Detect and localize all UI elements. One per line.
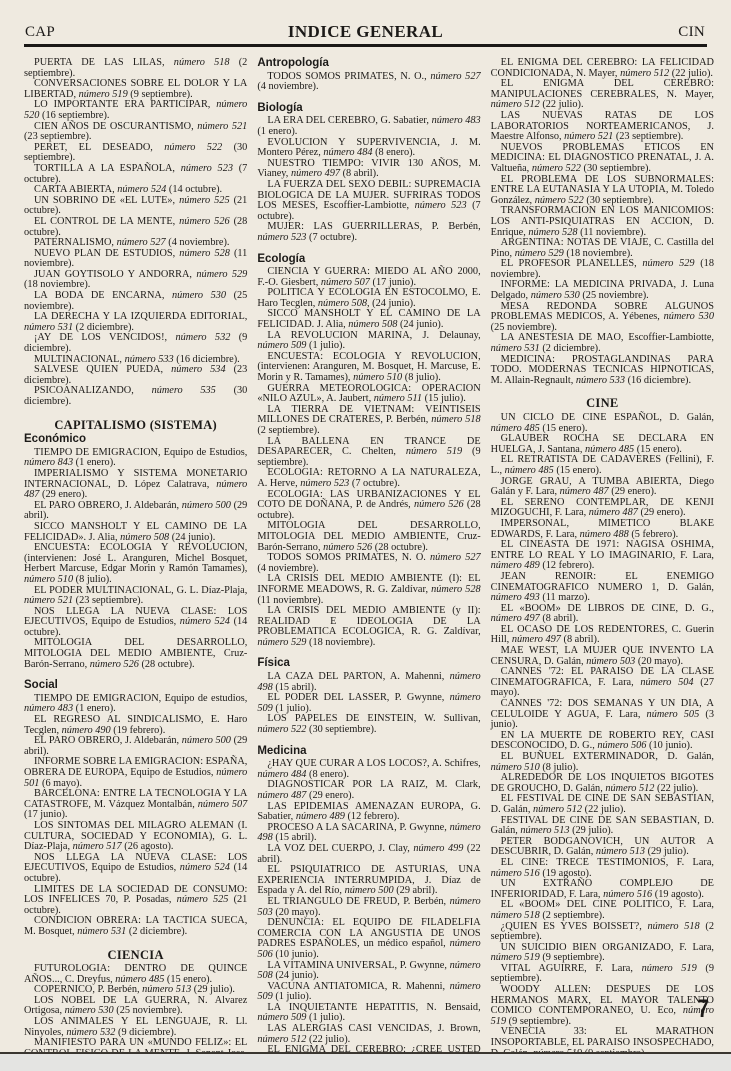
entry-title: INFORME SOBRE LA EMIGRACION: ESPAÑA, OBR… xyxy=(24,756,247,778)
issue-number: número 512 xyxy=(620,68,669,79)
entry-title: CARTA ABIERTA, xyxy=(34,184,117,195)
header-rule xyxy=(24,44,707,47)
issue-date: (1 julio). xyxy=(306,1012,345,1023)
issue-number: número 499 xyxy=(413,843,463,854)
issue-number: número 530 xyxy=(172,290,226,301)
index-entry: CANNES '72: EL PARAISO DE LA CLASE CINEM… xyxy=(491,667,714,699)
subsection-heading: Antropología xyxy=(257,58,480,69)
entry-title: TORTILLA A LA ESPAÑOLA, xyxy=(34,163,181,174)
entry-title: UN CICLO DE CINE ESPAÑOL, D. Galán, xyxy=(501,412,714,423)
issue-date: (30 septiembre). xyxy=(584,195,654,206)
entry-title: EL PROFESOR PLANELLES, xyxy=(501,258,643,269)
issue-date: (2 diciembre). xyxy=(73,322,134,333)
entry-title: CIEN AÑOS DE OSCURANTISMO, xyxy=(34,121,197,132)
index-entry: EL REGRESO AL SINDICALISMO, E. Haro Tecg… xyxy=(24,715,247,736)
issue-date: (1 julio). xyxy=(273,991,312,1002)
issue-number: número 513 xyxy=(596,846,645,857)
entry-title: UN SUICIDIO BIEN ORGANIZADO, F. Lara, xyxy=(501,942,714,953)
issue-number: número 531 xyxy=(77,926,126,937)
entry-title: LOS PAPELES DE EINSTEIN, W. Sullivan, xyxy=(267,713,480,724)
entry-title: EL TRIANGULO DE FREUD, P. Berbén, xyxy=(267,896,449,907)
issue-date: (29 enero). xyxy=(39,489,87,500)
issue-number: número 533 xyxy=(576,375,625,386)
index-entry: TRANSFORMACION EN LOS MANICOMIOS: LOS AN… xyxy=(491,206,714,238)
issue-number: número 524 xyxy=(180,616,230,627)
issue-date: (2 diciembre). xyxy=(540,343,601,354)
index-entry: MESA REDONDA SOBRE ALGUNOS PROBLEMAS MED… xyxy=(491,302,714,334)
issue-date: (15 julio). xyxy=(422,393,466,404)
issue-date: (10 junio). xyxy=(646,740,692,751)
entry-title: EL PARO OBRERO, J. Aldebarán, xyxy=(34,735,182,746)
issue-number: número 523 xyxy=(415,200,467,211)
issue-date: (1 julio). xyxy=(306,340,345,351)
issue-number: número 519 xyxy=(406,446,462,457)
issue-date: (1 enero). xyxy=(257,126,297,137)
issue-number: número 512 xyxy=(491,99,540,110)
issue-number: número 508 xyxy=(348,319,397,330)
issue-number: número 484 xyxy=(257,769,306,780)
issue-number: número 507 xyxy=(198,799,248,810)
issue-date: (1 enero). xyxy=(73,703,116,714)
issue-number: número 489 xyxy=(296,811,345,822)
issue-date: (19 agosto). xyxy=(652,889,704,900)
issue-date: (16 diciembre). xyxy=(625,375,691,386)
entry-title: PSICOANALIZANDO, xyxy=(34,385,152,396)
index-entry: UN CICLO DE CINE ESPAÑOL, D. Galán, núme… xyxy=(491,413,714,434)
issue-date: (25 noviembre). xyxy=(491,322,557,333)
issue-date: (16 septiembre). xyxy=(39,110,109,121)
issue-number: número 526 xyxy=(179,216,229,227)
issue-number: número 529 xyxy=(642,258,694,269)
issue-number: número 530 xyxy=(65,1005,114,1016)
index-entry: EL PARO OBRERO, J. Aldebarán, número 500… xyxy=(24,736,247,757)
issue-number: número 525 xyxy=(177,894,229,905)
index-entry: LA ANESTESIA DE MAO, Escoffier-Lambiotte… xyxy=(491,333,714,354)
issue-date: (8 enero). xyxy=(373,147,416,158)
issue-number: número 519 xyxy=(79,89,128,100)
index-entry: IMPERIALISMO Y SISTEMA MONETARIO INTERNA… xyxy=(24,469,247,501)
entry-title: NUEVO PLAN DE ESTUDIOS, xyxy=(34,248,179,259)
issue-number: número 527 xyxy=(430,552,481,563)
entry-title: ¿QUIEN ES YVES BOISSET?, xyxy=(501,921,648,932)
issue-number: número 516 xyxy=(603,889,652,900)
issue-number: número 518 xyxy=(491,910,540,921)
issue-number: número 505 xyxy=(647,709,700,720)
issue-date: (7 octubre). xyxy=(306,232,357,243)
issue-number: número 503 xyxy=(586,656,635,667)
issue-date: (22 julio). xyxy=(540,99,584,110)
issue-date: , (24 junio). xyxy=(367,298,416,309)
issue-date: (9 diciembre). xyxy=(115,1027,176,1038)
issue-date: (15 enero). xyxy=(554,465,602,476)
index-entry: CIEN AÑOS DE OSCURANTISMO, número 521 (2… xyxy=(24,122,247,143)
entry-title: EL CINEASTA DE 1971: NAGISA OSHIMA, ENTR… xyxy=(491,539,714,561)
index-entry: PETER BODGANOVICH, UN AUTOR A DESCUBRIR,… xyxy=(491,837,714,858)
issue-number: número 512 xyxy=(533,804,582,815)
issue-date: (17 junio). xyxy=(370,277,416,288)
index-entry: IMPERSONAL, MIMETICO BLAKE EDWARDS, F. L… xyxy=(491,519,714,540)
page-title: INDICE GENERAL xyxy=(24,22,707,42)
index-entry: JORGE GRAU, A TUMBA ABIERTA, Diego Galán… xyxy=(491,477,714,498)
index-entry: ALREDEDOR DE LOS INQUIETOS BIGOTES DE GR… xyxy=(491,773,714,794)
section-heading: CIENCIA xyxy=(24,950,247,961)
issue-number: número 521 xyxy=(197,121,247,132)
index-entry: ARGENTINA: NOTAS DE VIAJE, C. Castilla d… xyxy=(491,238,714,259)
issue-number: número 507 xyxy=(321,277,370,288)
index-entry: LOS SINTOMAS DEL MILAGRO ALEMAN (I. CULT… xyxy=(24,821,247,853)
subsection-heading: Física xyxy=(257,658,480,669)
entry-title: UN SOBRINO DE «EL LUTE», xyxy=(34,195,179,206)
entry-title: LA ANESTESIA DE MAO, Escoffier-Lambiotte… xyxy=(501,332,714,343)
issue-number: número 511 xyxy=(374,393,422,404)
issue-date: (30 septiembre). xyxy=(581,163,651,174)
issue-date: (16 diciembre). xyxy=(174,354,240,365)
index-entry: PERET, EL DESEADO, número 522 (30 septie… xyxy=(24,143,247,164)
index-entry: ECOLOGIA: RETORNO A LA NATURALEZA, A. He… xyxy=(257,468,480,489)
index-entry: CONVERSACIONES SOBRE EL DOLOR Y LA LIBER… xyxy=(24,79,247,100)
issue-date: (2 septiembre). xyxy=(540,910,605,921)
index-entry: EL CINE: TRECE TESTIMONIOS, F. Lara, núm… xyxy=(491,858,714,879)
entry-title: SALVESE QUIEN PUEDA, xyxy=(34,364,171,375)
issue-number: número 512 xyxy=(257,1034,306,1045)
index-entry: TORTILLA A LA ESPAÑOLA, número 523 (7 oc… xyxy=(24,164,247,185)
entry-title: DENUNCIA: EL EQUIPO DE FILADELFIA COMERC… xyxy=(257,917,480,949)
index-entry: EL «BOOM» DEL CINE POLITICO, F. Lara, nú… xyxy=(491,900,714,921)
issue-number: número 508 xyxy=(318,298,367,309)
issue-number: número 509 xyxy=(257,340,306,351)
index-entry: LA TIERRA DE VIETNAM: VEINTISEIS MILLONE… xyxy=(257,405,480,437)
issue-number: número 522 xyxy=(164,142,222,153)
header-right-guide-word: CIN xyxy=(678,24,705,41)
index-entry: MAE WEST, LA MUJER QUE INVENTO LA CENSUR… xyxy=(491,646,714,667)
issue-number: número 529 xyxy=(515,248,564,259)
issue-date: (22 julio). xyxy=(582,804,626,815)
page-number: 7 xyxy=(698,995,709,1024)
index-entry: LA REVOLUCION MARINA, J. Delaunay, númer… xyxy=(257,331,480,352)
index-entry: MEDICINA: PROSTAGLANDINAS PARA TODO. MOD… xyxy=(491,355,714,387)
index-entry: WOODY ALLEN: DESPUES DE LOS HERMANOS MAR… xyxy=(491,985,714,1027)
issue-number: número 518 xyxy=(174,57,230,68)
issue-number: número 530 xyxy=(664,311,714,322)
issue-number: número 500 xyxy=(345,885,394,896)
entry-title: LA REVOLUCION MARINA, J. Delaunay, xyxy=(267,330,480,341)
issue-number: número 488 xyxy=(580,529,629,540)
issue-date: (7 octubre). xyxy=(349,478,400,489)
issue-number: número 535 xyxy=(152,385,216,396)
index-entry: VACUNA ANTIATOMICA, R. Mahenni, número 5… xyxy=(257,982,480,1003)
column-1: PUERTA DE LAS LILAS, número 518 (2 septi… xyxy=(24,58,247,1071)
index-entry: TODOS SOMOS PRIMATES, N. O., número 527 … xyxy=(257,72,480,93)
entry-title: LA VOZ DEL CUERPO, J. Clay, xyxy=(267,843,413,854)
entry-title: LA CAZA DEL PARTON, A. Mahenni, xyxy=(267,671,449,682)
index-entry: TIEMPO DE EMIGRACION, Equipo de estudios… xyxy=(24,694,247,715)
entry-title: TODOS SOMOS PRIMATES, N. O., xyxy=(267,71,430,82)
index-entry: LA BALLENA EN TRANCE DE DESAPARECER, C. … xyxy=(257,437,480,469)
subsection-heading: Ecología xyxy=(257,254,480,265)
issue-number: número 510 xyxy=(24,574,73,585)
index-entry: ¡AY DE LOS VENCIDOS!, número 532 (9 dici… xyxy=(24,333,247,354)
issue-date: (25 noviembre). xyxy=(114,1005,183,1016)
issue-date: (8 julio). xyxy=(402,372,441,383)
entry-title: LA BODA DE ENCARNA, xyxy=(34,290,172,301)
index-entry: LA DERECHA Y LA IZQUIERDA EDITORIAL, núm… xyxy=(24,312,247,333)
issue-number: número 529 xyxy=(257,637,306,648)
issue-number: número 528 xyxy=(528,227,577,238)
issue-number: número 523 xyxy=(300,478,349,489)
entry-title: VITAL AGUIRRE, F. Lara, xyxy=(501,963,642,974)
index-entry: EL CINEASTA DE 1971: NAGISA OSHIMA, ENTR… xyxy=(491,540,714,572)
issue-date: (12 febrero). xyxy=(540,560,595,571)
index-entry: LOS ANIMALES Y EL LENGUAJE, R. Ll. Ninyo… xyxy=(24,1017,247,1038)
issue-date: (26 agosto). xyxy=(122,841,174,852)
issue-date: (11 noviembre). xyxy=(257,595,323,606)
index-entry: NUEVO PLAN DE ESTUDIOS, número 528 (11 n… xyxy=(24,249,247,270)
issue-number: número 527 xyxy=(430,71,480,82)
issue-number: número 487 xyxy=(589,507,638,518)
issue-date: (28 octubre). xyxy=(139,659,195,670)
entry-title: DIAGNOSTICAR POR LA RAIZ, M. Clark, xyxy=(267,779,480,790)
index-entry: EL «BOOM» DE LIBROS DE CINE, D. G., núme… xyxy=(491,604,714,625)
entry-title: PROCESO A LA SACARINA, P. Gwynne, xyxy=(267,822,449,833)
issue-date: (6 mayo). xyxy=(39,778,82,789)
issue-number: número 528 xyxy=(431,584,481,595)
entry-title: TIEMPO DE EMIGRACION, Equipo de estudios… xyxy=(34,693,247,704)
issue-date: (4 noviembre). xyxy=(166,237,230,248)
index-entry: EL CONTROL DE LA MENTE, número 526 (28 o… xyxy=(24,217,247,238)
entry-title: LA INQUIETANTE HEPATITIS, N. Bensaid, xyxy=(267,1002,480,1013)
index-entry: LA CAZA DEL PARTON, A. Mahenni, número 4… xyxy=(257,672,480,693)
issue-date: (8 julio). xyxy=(73,574,112,585)
index-entry: EL ENIGMA DEL CEREBRO: LA FELICIDAD COND… xyxy=(491,58,714,79)
index-entry: EN LA MUERTE DE ROBERTO REY, CASI DESCON… xyxy=(491,731,714,752)
issue-number: número 524 xyxy=(117,184,166,195)
index-entry: EL SERENO CONTEMPLAR, DE KENJI MIZOGUCHI… xyxy=(491,498,714,519)
issue-date: (24 junio). xyxy=(273,970,319,981)
index-entry: EL RETRATISTA DE CADAVERES (Fellini), F.… xyxy=(491,455,714,476)
issue-number: número 493 xyxy=(491,592,540,603)
issue-number: número 485 xyxy=(585,444,634,455)
entry-title: IMPERIALISMO Y SISTEMA MONETARIO INTERNA… xyxy=(24,468,247,490)
issue-date: (2 septiembre). xyxy=(257,425,319,436)
issue-date: (2 diciembre). xyxy=(126,926,187,937)
index-entry: MUJER: LAS GUERRILLERAS, P. Berbén, núme… xyxy=(257,222,480,243)
subsection-heading: Social xyxy=(24,680,247,691)
issue-number: número 485 xyxy=(115,974,164,985)
entry-title: WOODY ALLEN: DESPUES DE LOS HERMANOS MAR… xyxy=(491,984,714,1016)
index-entry: EL PSIQUIATRICO DE ASTURIAS, UNA EXPERIE… xyxy=(257,865,480,897)
entry-title: LA CRISIS DEL MEDIO AMBIENTE (y II): REA… xyxy=(257,605,480,637)
index-entry: LA FUERZA DEL SEXO DEBIL: SUPREMACIA BIO… xyxy=(257,180,480,222)
issue-date: (12 febrero). xyxy=(345,811,400,822)
index-entry: ¿QUIEN ES YVES BOISSET?, número 518 (2 s… xyxy=(491,922,714,943)
index-entry: MITOLOGIA DEL DESARROLLO, MITOLOGIA DEL … xyxy=(24,638,247,670)
entry-title: COPERNICO, P. Berbén, xyxy=(34,984,142,995)
index-entry: LOS NOBEL DE LA GUERRA, N. Alvarez Ortig… xyxy=(24,996,247,1017)
issue-date: (1 julio). xyxy=(273,703,312,714)
index-entry: ECOLOGIA: LAS URBANIZACIONES Y EL COTO D… xyxy=(257,490,480,522)
issue-date: (15 enero). xyxy=(634,444,682,455)
issue-number: número 527 xyxy=(117,237,166,248)
issue-date: (20 mayo). xyxy=(635,656,683,667)
issue-number: número 525 xyxy=(179,195,230,206)
index-entry: LA CRISIS DEL MEDIO AMBIENTE (I): EL INF… xyxy=(257,574,480,606)
entry-title: EL BUÑUEL EXTERMINADOR, D. Galán, xyxy=(501,751,714,762)
issue-date: (15 enero). xyxy=(164,974,212,985)
index-entry: ENCUESTA: ECOLOGIA Y REVOLUCION, (interv… xyxy=(24,543,247,585)
issue-date: (1 enero). xyxy=(73,457,116,468)
index-entry: TODOS SOMOS PRIMATES, N. O. número 527 (… xyxy=(257,553,480,574)
entry-title: EL PARO OBRERO, J. Aldebarán, xyxy=(34,500,182,511)
entry-title: EL «BOOM» DE LIBROS DE CINE, D. G., xyxy=(501,603,714,614)
issue-number: número 490 xyxy=(62,725,111,736)
index-entry: JUAN GOYTISOLO Y ANDORRA, número 529 (18… xyxy=(24,270,247,291)
issue-date: (9 septiembre). xyxy=(506,1016,571,1027)
issue-date: (18 noviembre). xyxy=(24,279,90,290)
issue-number: número 484 xyxy=(323,147,372,158)
page-header: CAP INDICE GENERAL CIN xyxy=(24,22,707,44)
issue-number: número 500 xyxy=(182,735,231,746)
issue-number: número 512 xyxy=(605,783,654,794)
index-entry: LA CRISIS DEL MEDIO AMBIENTE (y II): REA… xyxy=(257,606,480,648)
entry-title: EL ENIGMA DEL CEREBRO: MANIPULACIONES CE… xyxy=(491,78,714,100)
index-entry: EL PROBLEMA DE LOS SUBNORMALES: ENTRE LA… xyxy=(491,175,714,207)
issue-date: (29 enero). xyxy=(638,507,686,518)
entry-title: EL CONTROL DE LA MENTE, xyxy=(34,216,179,227)
index-entry: LA VITAMINA UNIVERSAL, P. Gwynne, número… xyxy=(257,961,480,982)
index-entry: PSICOANALIZANDO, número 535 (30 diciembr… xyxy=(24,386,247,407)
issue-date: (4 noviembre). xyxy=(257,81,318,92)
index-entry: SALVESE QUIEN PUEDA, número 534 (23 dici… xyxy=(24,365,247,386)
issue-date: (8 abril). xyxy=(540,613,579,624)
issue-number: número 489 xyxy=(491,560,540,571)
index-entry: EL OCASO DE LOS REDENTORES, C. Guerin Hi… xyxy=(491,625,714,646)
issue-number: número 483 xyxy=(24,703,73,714)
entry-title: PATERNALISMO, xyxy=(34,237,117,248)
index-entry: ¿HAY QUE CURAR A LOS LOCOS?, A. Schifres… xyxy=(257,759,480,780)
issue-date: (15 abril). xyxy=(273,682,317,693)
index-entry: UN SUICIDIO BIEN ORGANIZADO, F. Lara, nú… xyxy=(491,943,714,964)
issue-number: número 524 xyxy=(180,862,230,873)
issue-number: número 528 xyxy=(179,248,230,259)
issue-date: (14 octubre). xyxy=(166,184,222,195)
entry-title: MULTINACIONAL, xyxy=(34,354,125,365)
index-entry: DIAGNOSTICAR POR LA RAIZ, M. Clark, núme… xyxy=(257,780,480,801)
column-3: EL ENIGMA DEL CEREBRO: LA FELICIDAD COND… xyxy=(491,58,714,1071)
index-entry: EL ENIGMA DEL CEREBRO: MANIPULACIONES CE… xyxy=(491,79,714,111)
entry-title: JEAN RENOIR: EL ENEMIGO CINEMATOGRAFICO … xyxy=(491,571,714,593)
issue-date: (24 junio). xyxy=(397,319,443,330)
issue-date: (18 noviembre). xyxy=(306,637,375,648)
index-entry: UN SOBRINO DE «EL LUTE», número 525 (21 … xyxy=(24,196,247,217)
issue-date: (10 junio). xyxy=(273,949,319,960)
index-entry: NOS LLEGA LA NUEVA CLASE: LOS EJECUTIVOS… xyxy=(24,607,247,639)
index-entry: EL PROFESOR PLANELLES, número 529 (18 no… xyxy=(491,259,714,280)
issue-date: (8 abril). xyxy=(340,168,379,179)
index-entry: CIENCIA Y GUERRA: MIEDO AL AÑO 2000, F.-… xyxy=(257,267,480,288)
issue-number: número 504 xyxy=(640,677,693,688)
issue-number: número 506 xyxy=(597,740,646,751)
issue-number: número 523 xyxy=(257,232,306,243)
issue-date: (28 octubre). xyxy=(372,542,428,553)
issue-number: número 533 xyxy=(125,354,174,365)
index-entry: NUEVOS PROBLEMAS ETICOS EN MEDICINA: EL … xyxy=(491,143,714,175)
issue-date: (23 septiembre). xyxy=(73,595,143,606)
index-entry: LAS NUEVAS RATAS DE LOS LABORATORIOS NOR… xyxy=(491,111,714,143)
issue-number: número 485 xyxy=(491,423,540,434)
index-entry: LOS PAPELES DE EINSTEIN, W. Sullivan, nú… xyxy=(257,714,480,735)
entry-title: MUJER: LAS GUERRILLERAS, P. Berbén, xyxy=(267,221,480,232)
issue-date: (29 enero). xyxy=(609,486,657,497)
issue-number: número 526 xyxy=(414,499,464,510)
subsection-heading: Económico xyxy=(24,434,247,445)
entry-title: ENCUESTA: ECOLOGIA Y REVOLUCION, (interv… xyxy=(24,542,247,574)
index-entry: EL FESTIVAL DE CINE DE SAN SEBASTIAN, D.… xyxy=(491,794,714,815)
issue-number: número 516 xyxy=(491,868,540,879)
issue-number: número 530 xyxy=(531,290,580,301)
index-entry: LA ERA DEL CEREBRO, G. Sabatier, número … xyxy=(257,116,480,137)
index-columns: PUERTA DE LAS LILAS, número 518 (2 septi… xyxy=(24,58,714,1071)
issue-date: (22 julio). xyxy=(654,783,698,794)
index-entry: LAS ALERGIAS CASI VENCIDAS, J. Brown, nú… xyxy=(257,1024,480,1045)
issue-number: número 508 xyxy=(120,532,169,543)
index-entry: EVOLUCION Y SUPERVIVENCIA, J. M. Montero… xyxy=(257,138,480,159)
issue-date: (5 febrero). xyxy=(629,529,678,540)
issue-number: número 497 xyxy=(491,613,540,624)
issue-date: (20 mayo). xyxy=(273,907,321,918)
issue-number: número 532 xyxy=(175,332,230,343)
entry-title: JUAN GOYTISOLO Y ANDORRA, xyxy=(34,269,196,280)
issue-date: (29 julio). xyxy=(645,846,689,857)
index-entry: LO IMPORTANTE ERA PARTICIPAR, número 520… xyxy=(24,100,247,121)
issue-number: número 497 xyxy=(512,634,561,645)
index-entry: INFORME: LA MEDICINA PRIVADA, J. Luna De… xyxy=(491,280,714,301)
issue-number: número 483 xyxy=(432,115,481,126)
issue-number: número 526 xyxy=(90,659,139,670)
index-entry: INFORME SOBRE LA EMIGRACION: ESPAÑA, OBR… xyxy=(24,757,247,789)
entry-title: TODOS SOMOS PRIMATES, N. O. xyxy=(267,552,430,563)
subsection-heading: Biología xyxy=(257,103,480,114)
issue-date: (29 enero). xyxy=(306,790,354,801)
index-entry: VITAL AGUIRRE, F. Lara, número 519 (9 se… xyxy=(491,964,714,985)
issue-date: (9 septiembre). xyxy=(128,89,193,100)
issue-date: (30 septiembre). xyxy=(306,724,376,735)
index-entry: EL BUÑUEL EXTERMINADOR, D. Galán, número… xyxy=(491,752,714,773)
issue-date: (15 abril). xyxy=(273,832,317,843)
entry-title: LA DERECHA Y LA IZQUIERDA EDITORIAL, xyxy=(34,311,247,322)
issue-date: (15 enero). xyxy=(540,423,588,434)
entry-title: PERET, EL DESEADO, xyxy=(34,142,164,153)
issue-number: número 529 xyxy=(196,269,247,280)
issue-number: número 522 xyxy=(257,724,306,735)
issue-number: número 518 xyxy=(431,414,480,425)
issue-date: (8 enero). xyxy=(306,769,349,780)
index-entry: LA BODA DE ENCARNA, número 530 (25 novie… xyxy=(24,291,247,312)
index-entry: CONDICION OBRERA: LA TACTICA SUECA, M. B… xyxy=(24,916,247,937)
index-entry: JEAN RENOIR: EL ENEMIGO CINEMATOGRAFICO … xyxy=(491,572,714,604)
index-entry: FUTUROLOGIA: DENTRO DE QUINCE AÑOS..., C… xyxy=(24,964,247,985)
entry-title: TIEMPO DE EMIGRACION, Equipo de Estudios… xyxy=(34,447,247,458)
issue-date: (18 noviembre). xyxy=(564,248,633,259)
issue-date: (11 marzo). xyxy=(540,592,590,603)
entry-title: EL PODER DEL LASSER, P. Gwynne, xyxy=(267,692,449,703)
entry-title: EL «BOOM» DEL CINE POLITICO, F. Lara, xyxy=(501,899,714,910)
index-entry: BARCELONA: ENTRE LA TECNOLOGIA Y LA CATA… xyxy=(24,789,247,821)
issue-date: (22 julio). xyxy=(669,68,713,79)
index-entry: FESTIVAL DE CINE DE SAN SEBASTIAN, D. Ga… xyxy=(491,816,714,837)
index-entry: LA INQUIETANTE HEPATITIS, N. Bensaid, nú… xyxy=(257,1003,480,1024)
index-entry: PROCESO A LA SACARINA, P. Gwynne, número… xyxy=(257,823,480,844)
issue-date: (19 agosto). xyxy=(540,868,592,879)
